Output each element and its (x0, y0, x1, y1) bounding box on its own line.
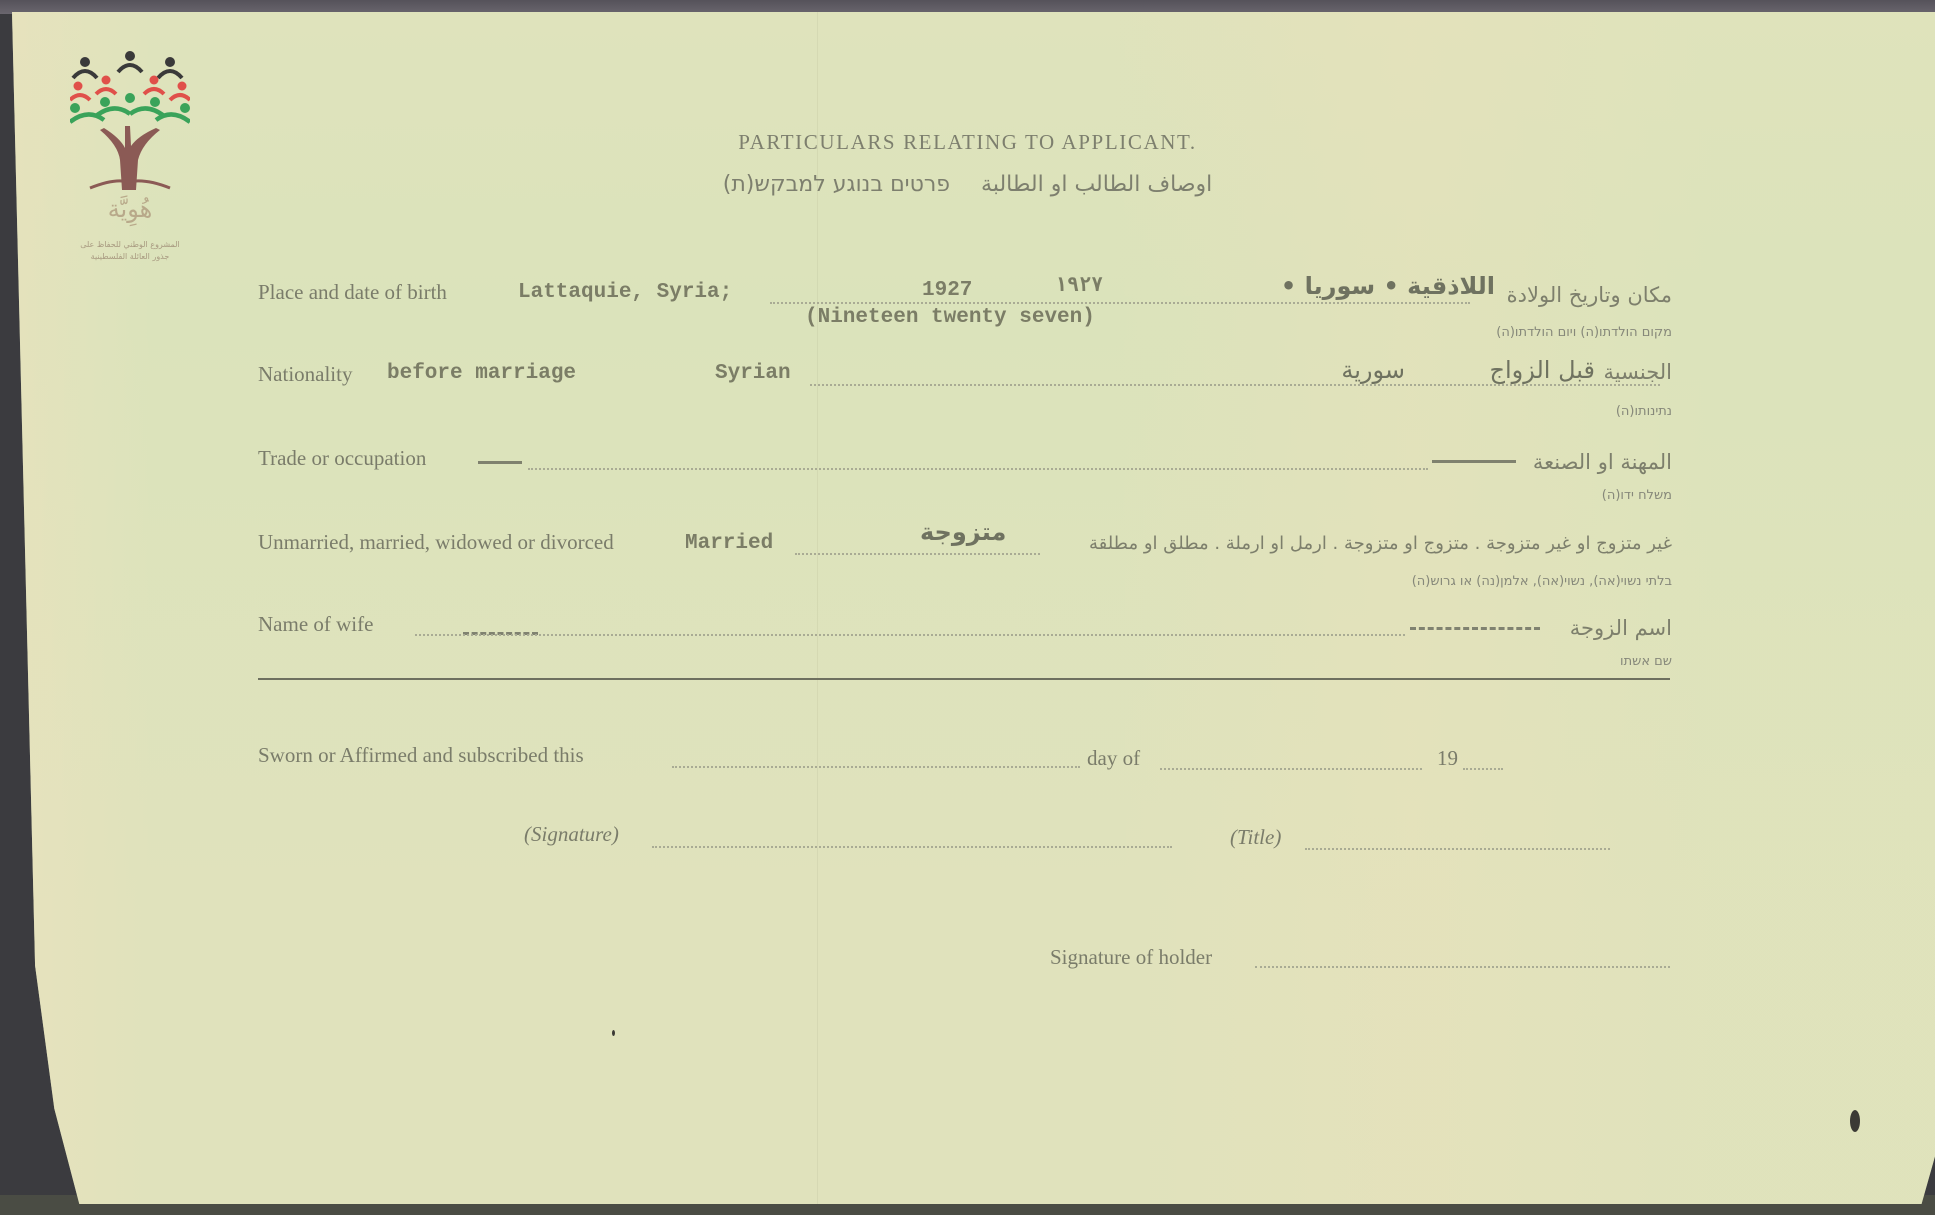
logo: هُوِيَّة المشروع الوطني للحفاظ على جذور … (70, 50, 190, 270)
birth-place-value: Lattaquie, Syria; (518, 281, 732, 304)
nationality-value: Syrian (715, 362, 791, 385)
family-tree-logo-icon (70, 50, 190, 190)
nationality-qualifier-value: before marriage (387, 362, 576, 385)
birth-year-value: 1927 (922, 279, 972, 302)
section-divider (258, 678, 1670, 680)
wife-name-label: Name of wife (258, 612, 373, 637)
occupation-dotted-line (528, 468, 1428, 470)
wife-name-ar-blank-mark (1410, 627, 1540, 630)
form-title-translations: اوصاف الطالب او الطالبة פרטים בנוגע למבק… (0, 172, 1935, 197)
day-of-label: day of (1087, 746, 1140, 771)
title-line[interactable] (1305, 848, 1610, 850)
logo-subtitle-line1: المشروع الوطني للحفاظ على (70, 240, 190, 250)
marital-status-value: Married (685, 532, 773, 555)
signature-label: (Signature) (524, 822, 619, 847)
occupation-label-ar: المهنة او الصنعة (1533, 450, 1672, 474)
signature-line[interactable] (652, 846, 1172, 848)
wife-name-dotted-line (415, 634, 1405, 636)
form-title-ar: اوصاف الطالب او الطالبة (981, 172, 1212, 197)
wife-name-label-he: שם אשתו (1620, 654, 1672, 669)
paper-speck (612, 1030, 615, 1036)
birth-place-ar-value: اللاذقية • سوريا • (1281, 272, 1495, 300)
marital-status-label-he: בלתי נשוי(אה), נשוי(אה), אלמן(נה) או גרו… (1412, 574, 1672, 589)
birth-label-he: מקום הולדתו(ה) ויום הולדתו(ה) (1496, 325, 1672, 340)
scan-top-edge (0, 0, 1935, 14)
marital-status-label: Unmarried, married, widowed or divorced (258, 530, 614, 555)
marital-dotted-line (795, 553, 1040, 555)
occupation-label: Trade or occupation (258, 446, 426, 471)
nationality-label: Nationality (258, 362, 352, 387)
month-line[interactable] (1160, 768, 1422, 770)
form-title-en: PARTICULARS RELATING TO APPLICANT. (0, 130, 1935, 155)
holder-signature-line[interactable] (1255, 966, 1670, 968)
logo-subtitle-line2: جذور العائلة الفلسطينية (70, 252, 190, 262)
nationality-label-he: נתינותו(ה) (1616, 404, 1672, 419)
year-line[interactable] (1463, 768, 1503, 770)
nationality-qualifier-ar: قبل الزواج (1490, 356, 1596, 384)
nationality-label-ar: الجنسية (1604, 360, 1672, 384)
occupation-label-he: משלח ידו(ה) (1602, 488, 1672, 503)
marital-status-ar-value: متزوجة (920, 518, 1006, 546)
marital-status-label-ar: غير متزوج او غير متزوجة . متزوج او متزوج… (1089, 533, 1672, 554)
birth-label: Place and date of birth (258, 280, 447, 305)
form-title-he: פרטים בנוגע למבקש(ת) (723, 172, 950, 197)
occupation-blank-mark (478, 461, 522, 464)
logo-title: هُوِيَّة (70, 195, 190, 223)
occupation-ar-blank-mark (1432, 460, 1516, 463)
sworn-day-line[interactable] (672, 766, 1080, 768)
ink-spot (1850, 1110, 1860, 1132)
nationality-value-ar: سورية (1341, 356, 1405, 384)
nationality-dotted-line (810, 384, 1660, 386)
birth-year-words: (Nineteen twenty seven) (805, 306, 1095, 329)
year-prefix: 19 (1437, 746, 1458, 771)
wife-name-label-ar: اسم الزوجة (1570, 616, 1672, 640)
birth-label-ar: مكان وتاريخ الولادة (1507, 283, 1672, 307)
title-label: (Title) (1230, 825, 1281, 850)
sworn-label: Sworn or Affirmed and subscribed this (258, 743, 584, 768)
birth-dotted-line (770, 302, 1470, 304)
birth-year-ar-value: ١٩٢٧ (1055, 272, 1103, 298)
holder-signature-label: Signature of holder (1050, 945, 1212, 970)
